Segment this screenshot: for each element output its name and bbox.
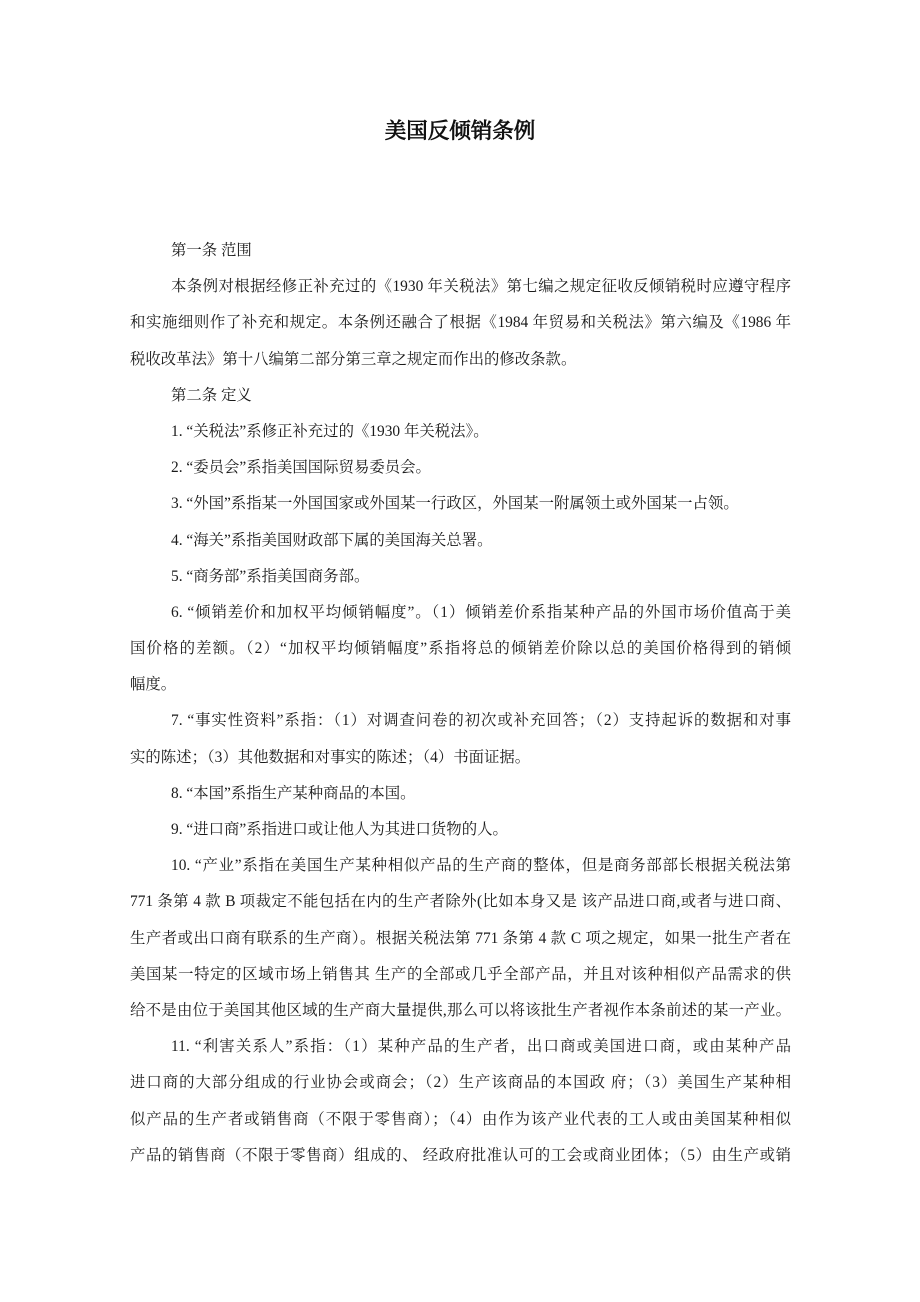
text-line: 美国某一特定的区域市场上销售其 生产的全部或几乎全部产品，并且对该种相似产品需求…: [130, 957, 791, 993]
paragraph-definition-1: 1. “关税法”系修正补充过的《1930 年关税法》。: [130, 414, 791, 450]
paragraph-definition-3: 3. “外国”系指某一外国国家或外国某一行政区，外国某一附属领土或外国某一占领。: [130, 486, 791, 522]
text-line: 771 条第 4 款 B 项裁定不能包括在内的生产者除外(比如本身又是 该产品进…: [130, 884, 791, 920]
text-line: 7. “事实性资料”系指：（1）对调查问卷的初次或补充回答；（2）支持起诉的数据…: [130, 703, 791, 739]
text-line: 国价格的差额。（2）“加权平均倾销幅度”系指将总的倾销差价除以总的美国价格得到的…: [130, 631, 791, 667]
text-line: 税收改革法》第十八编第二部分第三章之规定而作出的修改条款。: [130, 342, 791, 378]
paragraph-definition-5: 5. “商务部”系指美国商务部。: [130, 559, 791, 595]
text-line: 5. “商务部”系指美国商务部。: [130, 559, 791, 595]
text-line: 本条例对根据经修正补充过的《1930 年关税法》第七编之规定征收反倾销税时应遵守…: [130, 269, 791, 305]
text-line: 和实施细则作了补充和规定。本条例还融合了根据《1984 年贸易和关税法》第六编及…: [130, 305, 791, 341]
text-line: 9. “进口商”系指进口或让他人为其进口货物的人。: [130, 812, 791, 848]
paragraph-definition-8: 8. “本国”系指生产某种商品的本国。: [130, 776, 791, 812]
text-line: 生产者或出口商有联系的生产商）。根据关税法第 771 条第 4 款 C 项之规定…: [130, 921, 791, 957]
paragraph-definition-10: 10. “产业”系指在美国生产某种相似产品的生产商的整体，但是商务部部长根据关税…: [130, 848, 791, 1029]
text-line: 幅度。: [130, 667, 791, 703]
paragraph-definition-7: 7. “事实性资料”系指：（1）对调查问卷的初次或补充回答；（2）支持起诉的数据…: [130, 703, 791, 775]
text-line: 实的陈述；（3）其他数据和对事实的陈述；（4）书面证据。: [130, 740, 791, 776]
text-line: 8. “本国”系指生产某种商品的本国。: [130, 776, 791, 812]
paragraph-definition-11: 11. “利害关系人”系指：（1）某种产品的生产者，出口商或美国进口商，或由某种…: [130, 1029, 791, 1174]
paragraph-definition-6: 6. “倾销差价和加权平均倾销幅度”。（1）倾销差价系指某种产品的外国市场价值高…: [130, 595, 791, 704]
text-line: 2. “委员会”系指美国国际贸易委员会。: [130, 450, 791, 486]
text-line: 第二条 定义: [130, 378, 791, 414]
paragraph-article-2-heading: 第二条 定义: [130, 378, 791, 414]
text-line: 4. “海关”系指美国财政部下属的美国海关总署。: [130, 523, 791, 559]
text-line: 似产品的生产者或销售商（不限于零售商）；（4）由作为该产业代表的工人或由美国某种…: [130, 1102, 791, 1138]
text-line: 11. “利害关系人”系指：（1）某种产品的生产者，出口商或美国进口商，或由某种…: [130, 1029, 791, 1065]
text-line: 进口商的大部分组成的行业协会或商会；（2）生产该商品的本国政 府；（3）美国生产…: [130, 1065, 791, 1101]
text-line: 第一条 范围: [130, 233, 791, 269]
text-line: 10. “产业”系指在美国生产某种相似产品的生产商的整体，但是商务部部长根据关税…: [130, 848, 791, 884]
text-line: 1. “关税法”系修正补充过的《1930 年关税法》。: [130, 414, 791, 450]
document-page: 美国反倾销条例 第一条 范围本条例对根据经修正补充过的《1930 年关税法》第七…: [0, 0, 920, 1302]
text-line: 6. “倾销差价和加权平均倾销幅度”。（1）倾销差价系指某种产品的外国市场价值高…: [130, 595, 791, 631]
text-line: 产品的销售商（不限于零售商）组成的、 经政府批准认可的工会或商业团体；（5）由生…: [130, 1138, 791, 1174]
text-line: 3. “外国”系指某一外国国家或外国某一行政区，外国某一附属领土或外国某一占领。: [130, 486, 791, 522]
text-line: 给不是由位于美国其他区域的生产商大量提供,那么可以将该批生产者视作本条前述的某一…: [130, 993, 791, 1029]
paragraph-definition-9: 9. “进口商”系指进口或让他人为其进口货物的人。: [130, 812, 791, 848]
paragraph-definition-4: 4. “海关”系指美国财政部下属的美国海关总署。: [130, 523, 791, 559]
document-body: 第一条 范围本条例对根据经修正补充过的《1930 年关税法》第七编之规定征收反倾…: [130, 233, 791, 1174]
paragraph-article-1-body: 本条例对根据经修正补充过的《1930 年关税法》第七编之规定征收反倾销税时应遵守…: [130, 269, 791, 378]
paragraph-article-1-heading: 第一条 范围: [130, 233, 791, 269]
paragraph-definition-2: 2. “委员会”系指美国国际贸易委员会。: [130, 450, 791, 486]
document-title: 美国反倾销条例: [0, 117, 920, 145]
